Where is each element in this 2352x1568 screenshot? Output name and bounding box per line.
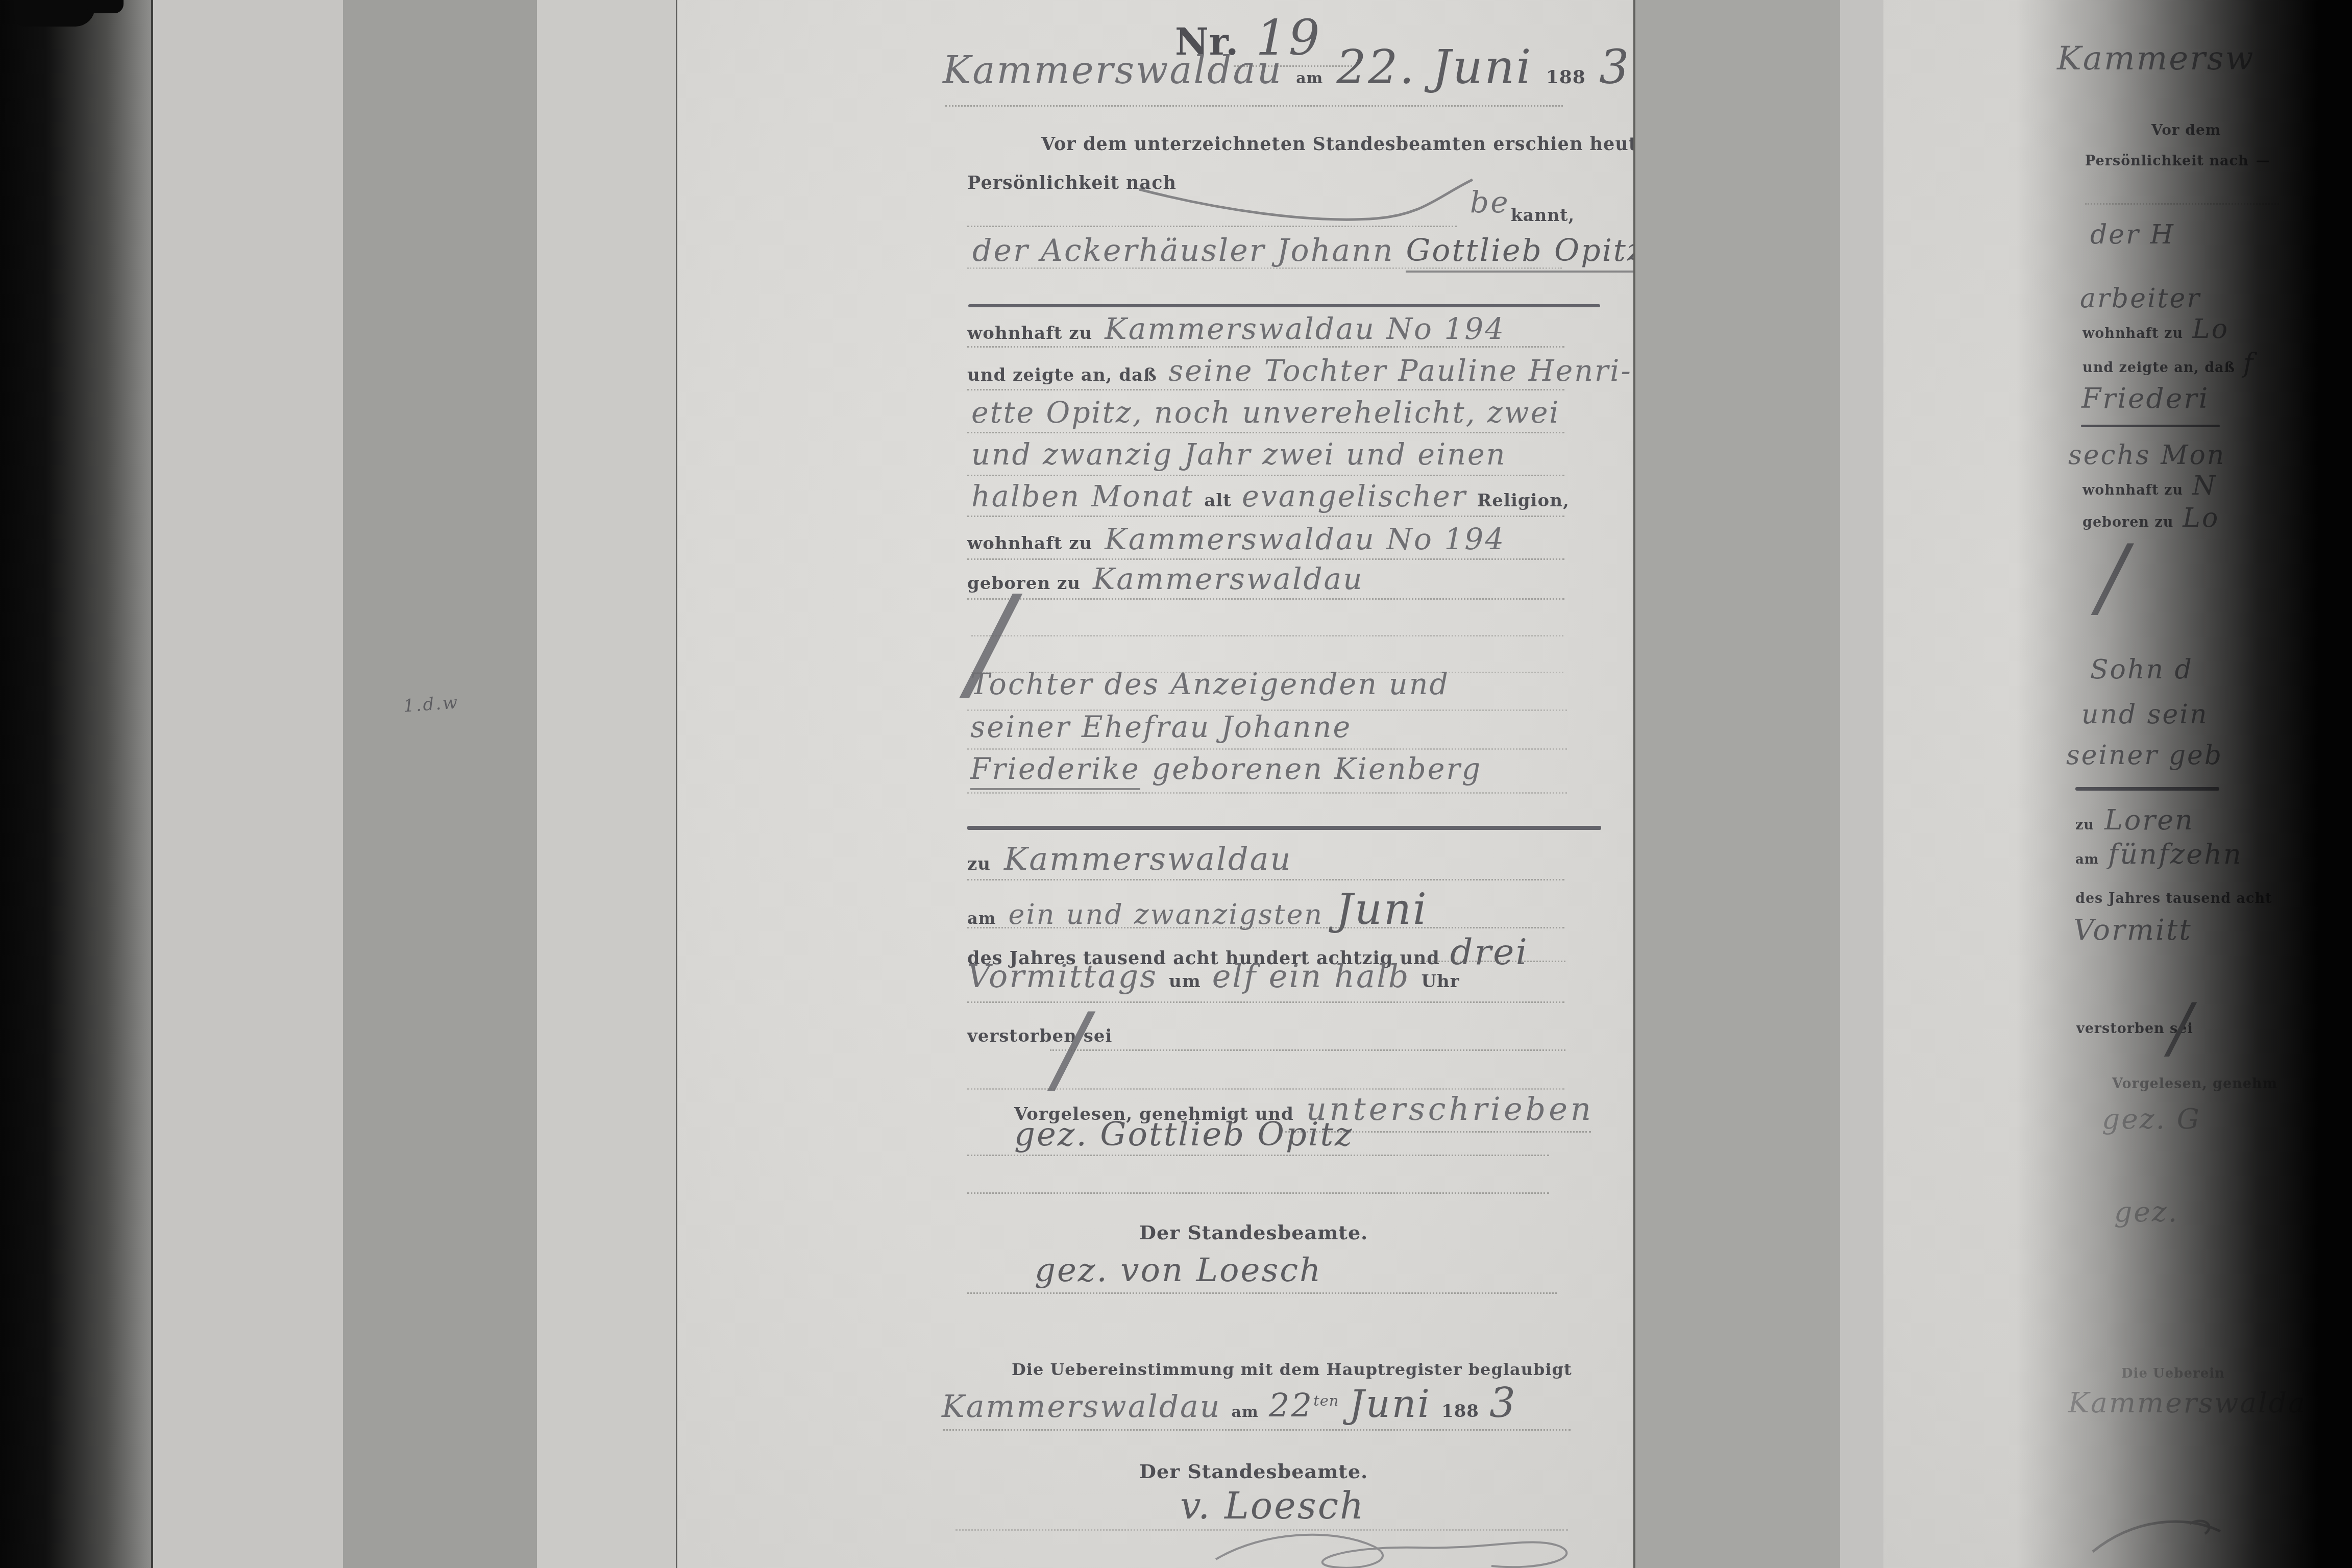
microfilm-scan: 1.d.w Nr. 19 Kammerswaldau am 22. Juni 1…: [0, 0, 2352, 1568]
form-baseline: [967, 879, 1564, 880]
form-baseline: [955, 1529, 1568, 1531]
form-baseline: [971, 635, 1563, 636]
geboren-label: geboren zu: [2082, 514, 2173, 530]
cert-day-suffix: ten: [1313, 1392, 1339, 1409]
wohnhaft-label: wohnhaft zu: [967, 323, 1092, 344]
film-damage-mark: [14, 0, 95, 27]
uhr-label: Uhr: [1421, 971, 1459, 992]
form-baseline: [967, 558, 1564, 560]
persoenlichkeit-line: Persönlichkeit nach —: [2085, 153, 2270, 169]
signature-flourish: [2088, 1503, 2241, 1564]
parentage-fragment-3: seiner geb: [2066, 740, 2223, 771]
residence-fragment: N: [2192, 471, 2217, 501]
be-hand-fragment: be: [1470, 185, 1509, 219]
age-religion-line: halben Monat alt evangelischer Religion,: [971, 480, 1570, 513]
form-baseline: [967, 267, 1562, 269]
form-baseline: [967, 1088, 1564, 1090]
blank-slash: /: [2098, 538, 2127, 617]
statement-line-2: ette Opitz, noch unverehelicht, zwei: [971, 396, 1560, 430]
declarant-occupation: der Ackerhäusler Johann: [972, 233, 1394, 268]
registrar-signature: gez. von Loesch: [1035, 1252, 1322, 1289]
wohnhaft-label: wohnhaft zu: [2082, 482, 2183, 498]
form-baseline: [2085, 203, 2279, 205]
form-baseline: [967, 1155, 1549, 1156]
am-label: am: [967, 909, 996, 928]
vorgelesen-fragment: Vorgelesen, genehm: [2112, 1076, 2277, 1092]
form-baseline: [967, 748, 1567, 750]
age-fragment: sechs Mon: [2068, 440, 2225, 471]
death-day-hand: ein und zwanzigsten: [1009, 898, 1324, 930]
parentage-fragment-2: und sein: [2081, 699, 2208, 730]
form-intro-fragment: Vor dem: [2151, 121, 2221, 138]
parentage-line-3: Friederike geborenen Kienberg: [970, 752, 1482, 786]
residence-line-1: wohnhaft zu Kammerswaldau No 194: [967, 311, 1505, 346]
declarant-fragment-1: der H: [2090, 219, 2175, 250]
form-baseline: [967, 927, 1564, 928]
form-baseline: [967, 792, 1567, 794]
mother-firstname: Friederike: [970, 752, 1140, 790]
entry-day: 22. Juni: [1336, 40, 1532, 94]
blank-slash: /: [2169, 998, 2192, 1058]
cert-day: 22ten: [1269, 1387, 1339, 1425]
signature-flourish: [1208, 1521, 1596, 1568]
death-date-line: am fünfzehn: [2075, 838, 2243, 870]
form-baseline: [967, 1192, 1549, 1194]
form-baseline: [967, 226, 1457, 227]
entry-place: Kammerswaldau: [943, 48, 1283, 92]
form-baseline: [967, 516, 1564, 517]
birthplace-line: geboren zu Kammerswaldau: [967, 561, 1364, 596]
cert-place-fragment: Kammerswalda: [2068, 1386, 2307, 1419]
section-rule: [2081, 425, 2220, 427]
form-baseline: [967, 346, 1564, 348]
declarant-name: Gottlieb Opitz: [1406, 233, 1635, 273]
residence-line-1: wohnhaft zu Lo: [2082, 314, 2229, 345]
residence-value: Kammerswaldau No 194: [1105, 522, 1505, 556]
section-rule: [2075, 787, 2219, 791]
death-year-hand: drei: [1450, 931, 1529, 973]
wohnhaft-label: wohnhaft zu: [2082, 326, 2183, 341]
alt-label: alt: [1204, 491, 1232, 511]
am-label: am: [2075, 852, 2099, 867]
statement-line: und zeigte an, daß f: [2082, 348, 2255, 379]
under-page-gray-band: [343, 0, 537, 1568]
statement-hand-4: halben Monat: [971, 480, 1194, 513]
form-baseline: [967, 1292, 1557, 1294]
time-fragment: Vormitt: [2073, 914, 2192, 947]
statement-hand-1: seine Tochter Pauline Henri-: [1168, 354, 1632, 388]
film-edge-left: [0, 0, 153, 1568]
year-words-fragment: des Jahres tausend acht: [2075, 891, 2272, 906]
kannt-printed-fragment: kannt,: [1511, 205, 1575, 225]
signature-fragment-2: gez.: [2114, 1195, 2178, 1228]
zeigte-an-label: und zeigte an, daß: [967, 365, 1157, 385]
year-printed: 188: [1546, 66, 1586, 88]
zeigte-an-label: und zeigte an, daß: [2082, 360, 2235, 376]
mother-maidenname: geborenen Kienberg: [1152, 752, 1482, 786]
wohnhaft-label: wohnhaft zu: [967, 533, 1092, 554]
parentage-line-1: Tochter des Anzeigenden und: [970, 668, 1450, 701]
under-page-strip: [1840, 0, 1883, 1568]
residence-value: Kammerswaldau No 194: [1105, 311, 1505, 346]
zu-label: zu: [967, 854, 991, 874]
parentage-line-2: seiner Ehefrau Johanne: [970, 710, 1352, 744]
religion-hand: evangelischer: [1242, 480, 1467, 513]
cert-year-printed: 188: [1441, 1401, 1479, 1422]
statement-line-1: und zeigte an, daß seine Tochter Pauline…: [967, 354, 1632, 388]
form-intro-line-1: Vor dem unterzeichneten Standesbeamten e…: [1041, 134, 1635, 155]
parentage-fragment-1: Sohn d: [2090, 654, 2193, 685]
entry-place: Kammersw: [2057, 40, 2255, 78]
verstorben-label: verstorben sei: [967, 1026, 1112, 1046]
film-damage-mark: [87, 0, 124, 13]
time-of-day-hand: Vormittags: [967, 958, 1158, 995]
certification-line: Die Uebereinstimmung mit dem Hauptregist…: [1012, 1360, 1572, 1379]
statement-fragment: f: [2243, 348, 2255, 379]
am-label: am: [1296, 69, 1323, 87]
death-place-fragment: Loren: [2104, 804, 2194, 836]
declarant-fragment-2: arbeiter: [2080, 283, 2201, 314]
blank-slash: /: [1055, 1004, 1088, 1092]
form-baseline: [967, 475, 1564, 476]
cert-year-hand: 3: [1489, 1379, 1517, 1427]
form-baseline: [945, 105, 1563, 107]
form-baseline: [967, 389, 1564, 390]
hour-hand: elf ein halb: [1212, 958, 1410, 995]
residence-fragment: Lo: [2192, 314, 2229, 345]
am-label: am: [1232, 1403, 1259, 1421]
marginal-note: 1.d.w: [403, 692, 460, 717]
death-day-fragment: fünfzehn: [2108, 838, 2243, 870]
cert-place: Kammerswaldau: [942, 1389, 1221, 1425]
death-time-line: Vormittags um elf ein halb Uhr: [967, 958, 1460, 995]
death-place-line: zu Loren: [2075, 804, 2194, 836]
cert-day-number: 22: [1269, 1387, 1313, 1425]
residence-line-2: wohnhaft zu N: [2082, 471, 2217, 501]
right-page-scan: Kammersw Vor dem Persönlichkeit nach — d…: [1883, 0, 2352, 1568]
binding-gray-band: [1635, 0, 1840, 1568]
certification-fragment: Die Ueberein: [2121, 1366, 2225, 1381]
religion-label: Religion,: [1477, 491, 1570, 511]
form-baseline: [967, 432, 1564, 433]
signature-fragment-1: gez. G: [2102, 1102, 2201, 1135]
fill-dash: —: [2256, 153, 2270, 169]
section-rule: [968, 304, 1600, 307]
entry-dateline-row: Kammerswaldau am 22. Juni 188 3: [943, 40, 1630, 94]
year-hand: 3: [1599, 40, 1631, 94]
persoenlichkeit-label: Persönlichkeit nach: [2085, 153, 2249, 169]
declarant-signature: gez. Gottlieb Opitz: [1014, 1116, 1354, 1154]
declarant-line: der Ackerhäusler Johann Gottlieb Opitz: [972, 233, 1635, 268]
death-place-line: zu Kammerswaldau: [967, 840, 1292, 877]
section-rule: [967, 826, 1601, 830]
birthplace-fragment: Lo: [2183, 503, 2219, 533]
name-fragment: Friederi: [2081, 382, 2209, 414]
under-page-strip: [537, 0, 677, 1568]
pen-stroke: [1137, 171, 1504, 238]
form-baseline: [967, 598, 1564, 600]
cert-month: Juni: [1349, 1382, 1431, 1426]
registrar-heading-1: Der Standesbeamte.: [1139, 1221, 1368, 1244]
zu-label: zu: [2075, 817, 2094, 833]
registrar-heading-2: Der Standesbeamte.: [1139, 1460, 1368, 1483]
certification-dateline: Kammerswaldau am 22ten Juni 188 3: [942, 1379, 1517, 1427]
film-damage-mark: [5, 100, 18, 127]
um-label: um: [1169, 971, 1201, 992]
left-page-scan: Nr. 19 Kammerswaldau am 22. Juni 188 3 V…: [677, 0, 1635, 1568]
statement-line-3: und zwanzig Jahr zwei und einen: [971, 438, 1506, 472]
under-page-strip: [153, 0, 343, 1568]
form-baseline: [1050, 1049, 1565, 1051]
residence-line-2: wohnhaft zu Kammerswaldau No 194: [967, 522, 1505, 556]
death-place-value: Kammerswaldau: [1004, 840, 1292, 877]
birthplace-value: Kammerswaldau: [1093, 561, 1364, 596]
form-baseline: [943, 1429, 1571, 1431]
